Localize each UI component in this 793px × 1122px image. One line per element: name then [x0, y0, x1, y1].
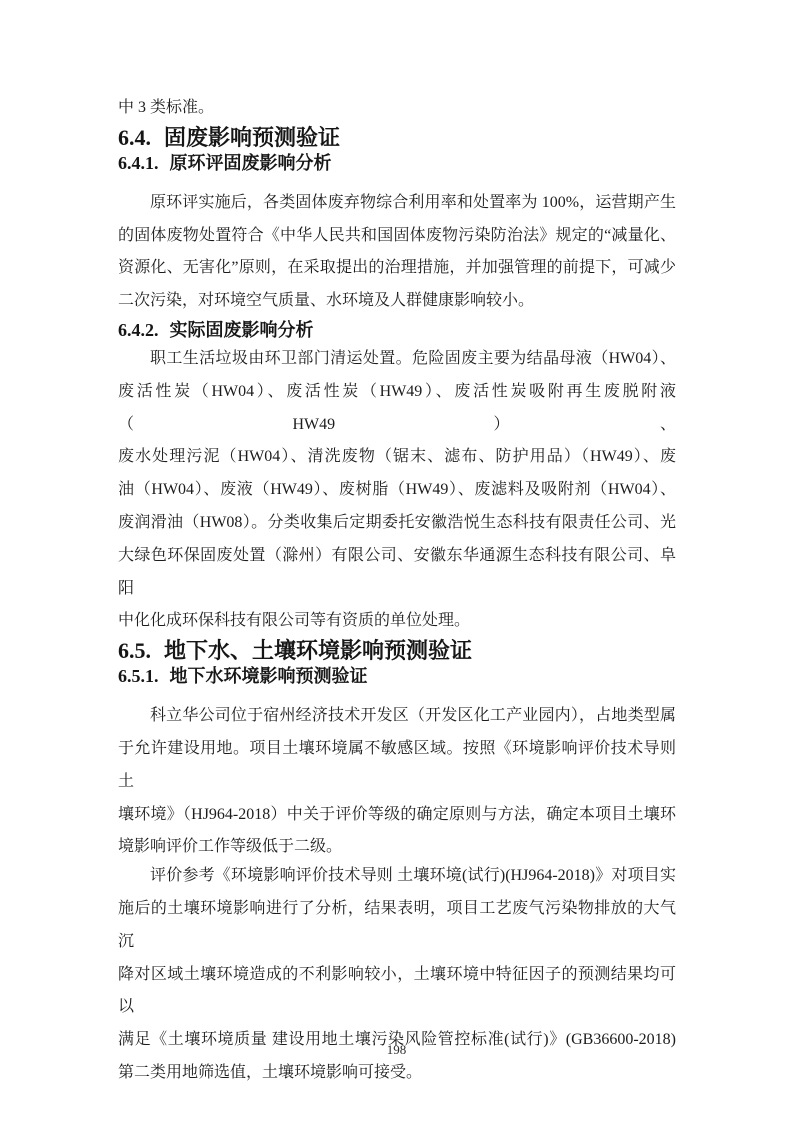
section-heading-6-4: 6.4.固废影响预测验证	[118, 125, 676, 151]
section-heading-6-5: 6.5.地下水、土壤环境影响预测验证	[118, 638, 676, 664]
text-line: 降对区域土壤环境造成的不利影响较小，土壤环境中特征因子的预测结果均可以	[118, 959, 676, 1025]
text-line: 资源化、无害化”原则，在采取提出的治理措施，并加强管理的前提下，可减少	[118, 252, 676, 285]
subsection-heading-6-5-1: 6.5.1.地下水环境影响预测验证	[118, 664, 676, 688]
text-line: 科立华公司位于宿州经济技术开发区（开发区化工产业园内），占地类型属	[118, 700, 676, 733]
text-line: 的固体废物处置符合《中华人民共和国固体废物污染防治法》规定的“减量化、	[118, 220, 676, 253]
text-line: 废活性炭（HW04）、废活性炭（HW49）、废活性炭吸附再生废脱附液（HW49）…	[118, 376, 676, 442]
subsection-title: 实际固废影响分析	[170, 320, 314, 340]
section-number: 6.5.	[118, 638, 151, 663]
subsection-title: 地下水环境影响预测验证	[170, 666, 368, 686]
subsection-number: 6.5.1.	[118, 666, 159, 686]
subsection-title: 原环评固废影响分析	[170, 153, 332, 173]
text-line: 施后的土壤环境影响进行了分析，结果表明，项目工艺废气污染物排放的大气沉	[118, 893, 676, 959]
section-title: 地下水、土壤环境影响预测验证	[164, 638, 472, 663]
section-number: 6.4.	[118, 125, 151, 150]
subsection-number: 6.4.2.	[118, 320, 159, 340]
text-line: 二次污染，对环境空气质量、水环境及人群健康影响较小。	[118, 285, 676, 318]
document-content: 中 3 类标准。 6.4.固废影响预测验证 6.4.1.原环评固废影响分析 原环…	[118, 92, 676, 1090]
paragraph-original-eia-solid-waste: 原环评实施后，各类固体废弃物综合利用率和处置率为 100%，运营期产生的固体废物…	[118, 187, 676, 318]
subsection-heading-6-4-1: 6.4.1.原环评固废影响分析	[118, 151, 676, 175]
subsection-number: 6.4.1.	[118, 153, 159, 173]
text-line: 于允许建设用地。项目土壤环境属不敏感区域。按照《环境影响评价技术导则土	[118, 733, 676, 799]
text-line: 第二类用地筛选值，土壤环境影响可接受。	[118, 1057, 676, 1090]
paragraph-groundwater-soil-site: 科立华公司位于宿州经济技术开发区（开发区化工产业园内），占地类型属于允许建设用地…	[118, 700, 676, 864]
text-line: 职工生活垃圾由环卫部门清运处置。危险固废主要为结晶母液（HW04）、	[118, 343, 676, 376]
text-line: 废润滑油（HW08）。分类收集后定期委托安徽浩悦生态科技有限责任公司、光	[118, 507, 676, 540]
paragraph-actual-solid-waste: 职工生活垃圾由环卫部门清运处置。危险固废主要为结晶母液（HW04）、废活性炭（H…	[118, 343, 676, 638]
text-line: 大绿色环保固废处置（滁州）有限公司、安徽东华通源生态科技有限公司、阜阳	[118, 540, 676, 606]
text-line: 原环评实施后，各类固体废弃物综合利用率和处置率为 100%，运营期产生	[118, 187, 676, 220]
text-line: 废水处理污泥（HW04）、清洗废物（锯末、滤布、防护用品）（HW49）、废	[118, 441, 676, 474]
text-line: 壤环境》（HJ964-2018）中关于评价等级的确定原则与方法，确定本项目土壤环	[118, 799, 676, 832]
text-line: 中化化成环保科技有限公司等有资质的单位处理。	[118, 605, 676, 638]
text-line: 评价参考《环境影响评价技术导则 土壤环境(试行)(HJ964-2018)》对项目…	[118, 860, 676, 893]
document-page: 中 3 类标准。 6.4.固废影响预测验证 6.4.1.原环评固废影响分析 原环…	[0, 0, 793, 1122]
page-number: 198	[0, 1042, 793, 1058]
continuation-line: 中 3 类标准。	[118, 92, 676, 125]
subsection-heading-6-4-2: 6.4.2.实际固废影响分析	[118, 318, 676, 342]
text-line: 油（HW04）、废液（HW49）、废树脂（HW49）、废滤料及吸附剂（HW04）…	[118, 474, 676, 507]
section-title: 固废影响预测验证	[164, 125, 340, 150]
